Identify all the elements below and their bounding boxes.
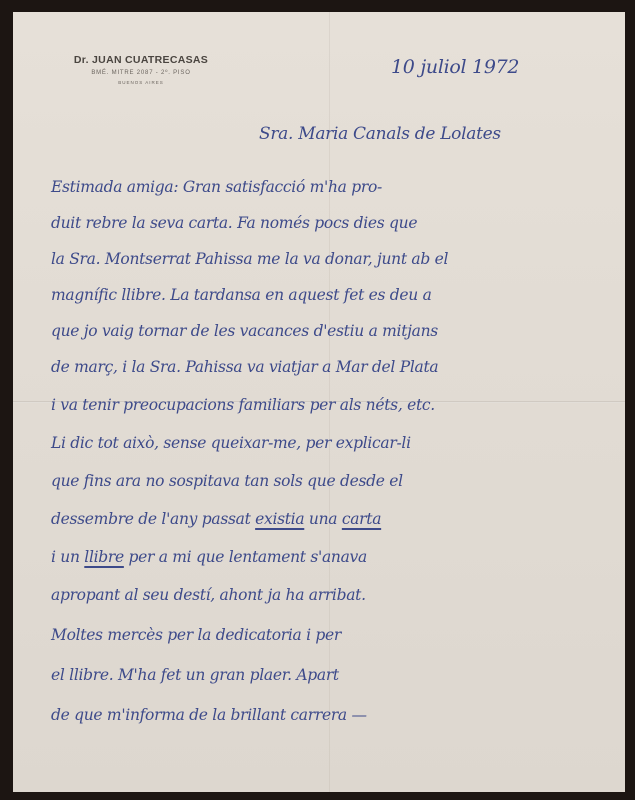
- body-line: i va tenir preocupacions familiars per a…: [51, 396, 435, 414]
- letter-page: Dr. JUAN CUATRECASAS BMÉ. MITRE 2087 - 2…: [13, 12, 625, 792]
- underlined-word: llibre: [84, 548, 124, 566]
- letterhead-city: BUENOS AIRES: [51, 80, 231, 85]
- body-line: Moltes mercès per la dedicatoria i per: [51, 626, 341, 644]
- body-line: de que m'informa de la brillant carrera …: [51, 706, 367, 724]
- body-line: i un llibre per a mi que lentament s'ana…: [51, 548, 367, 566]
- body-line: de març, i la Sra. Pahissa va viatjar a …: [51, 358, 438, 376]
- underlined-word: existia: [255, 510, 304, 528]
- body-line: Estimada amiga: Gran satisfacció m'ha pr…: [51, 178, 382, 196]
- body-line: magnífic llibre. La tardansa en aquest f…: [51, 286, 432, 304]
- body-line: la Sra. Montserrat Pahissa me la va dona…: [51, 250, 448, 268]
- letterhead: Dr. JUAN CUATRECASAS BMÉ. MITRE 2087 - 2…: [51, 54, 231, 85]
- body-line: que fins ara no sospitava tan sols que d…: [51, 472, 403, 490]
- body-line: dessembre de l'any passat existia una ca…: [51, 510, 381, 528]
- body-line: Li dic tot això, sense queixar-me, per e…: [51, 434, 411, 452]
- body-line: duit rebre la seva carta. Fa només pocs …: [51, 214, 417, 232]
- letterhead-name: Dr. JUAN CUATRECASAS: [51, 54, 231, 66]
- body-line: que jo vaig tornar de les vacances d'est…: [51, 322, 438, 340]
- letterhead-address: BMÉ. MITRE 2087 - 2º. PISO: [51, 70, 231, 76]
- letter-date: 10 juliol 1972: [391, 56, 519, 78]
- body-line: apropant al seu destí, ahont ja ha arrib…: [51, 586, 366, 604]
- letter-recipient: Sra. Maria Canals de Lolates: [259, 124, 501, 144]
- underlined-word: carta: [342, 510, 381, 528]
- body-line: el llibre. M'ha fet un gran plaer. Apart: [51, 666, 339, 684]
